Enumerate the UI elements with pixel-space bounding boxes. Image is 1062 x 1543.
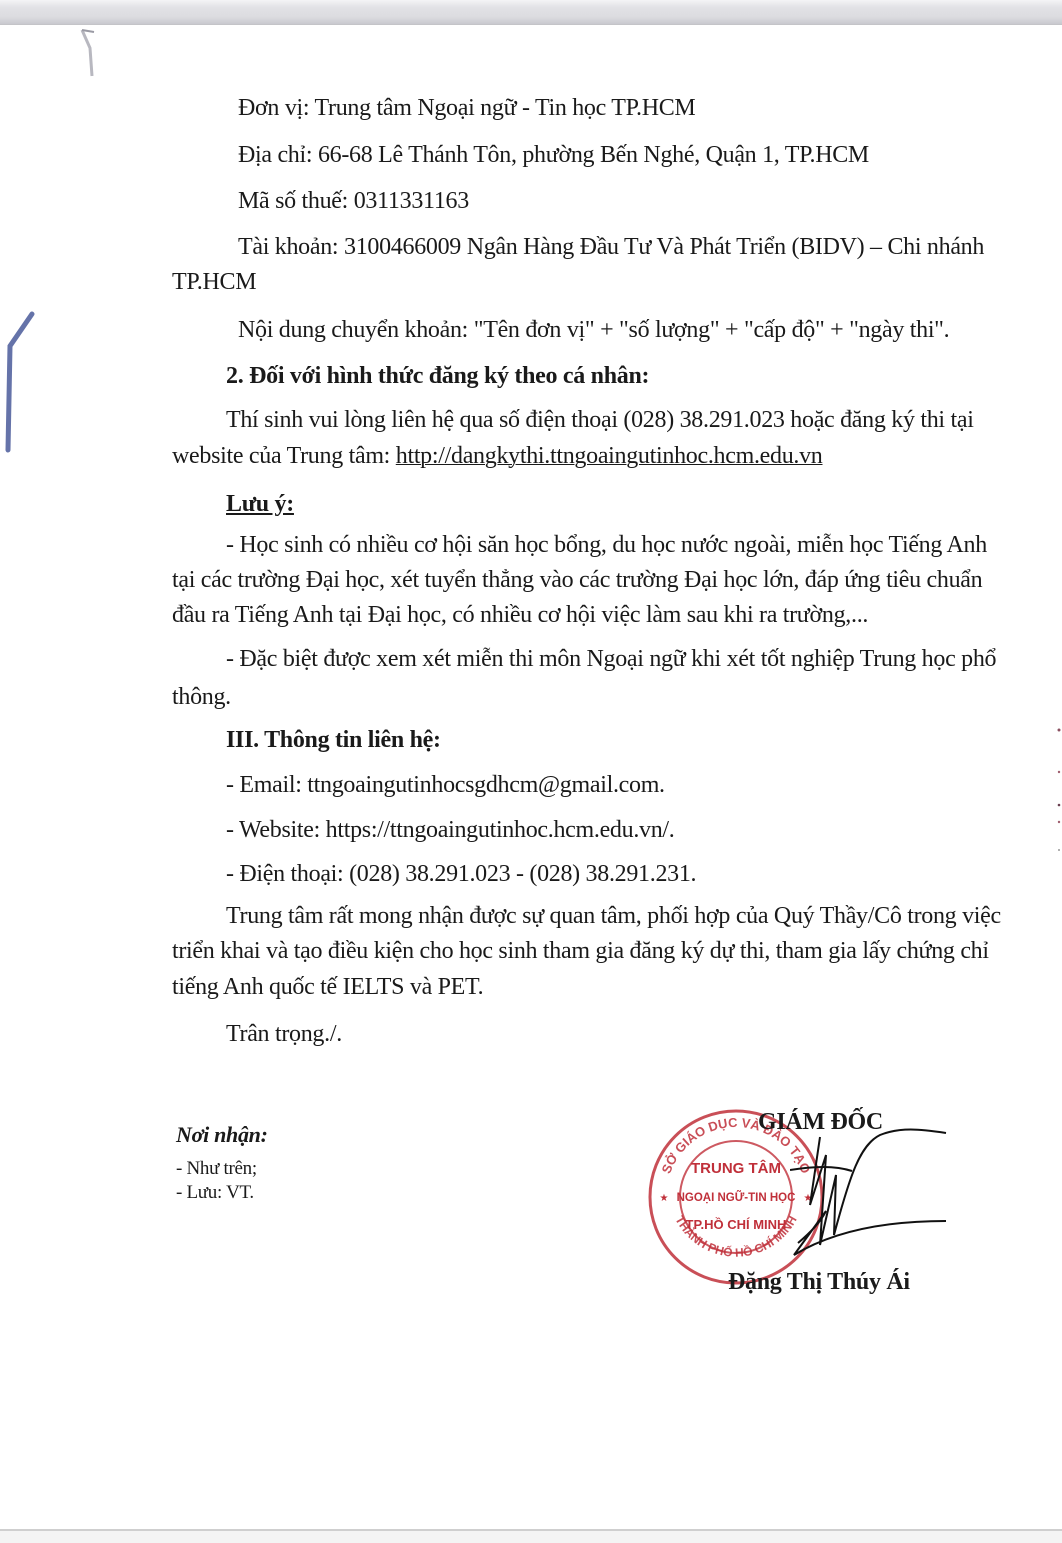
recipient-item: - Như trên; [176, 1158, 257, 1180]
registration-link[interactable]: http://dangkythi.ttngoaingutinhoc.hcm.ed… [396, 443, 823, 469]
note-bullet-1-line-1: - Học sinh có nhiều cơ hội săn học bổng,… [226, 531, 987, 559]
address-line: Địa chỉ: 66-68 Lê Thánh Tôn, phường Bến … [238, 141, 869, 169]
section-3-heading: III. Thông tin liên hệ: [226, 726, 441, 754]
contact-phone: - Điện thoại: (028) 38.291.023 - (028) 3… [226, 860, 696, 888]
recipient-item: - Lưu: VT. [176, 1182, 254, 1204]
account-line-1: Tài khoản: 3100466009 Ngân Hàng Đầu Tư V… [238, 233, 984, 261]
note-bullet-1-line-3: đầu ra Tiếng Anh tại Đại học, có nhiều c… [172, 601, 868, 629]
section-2-line-2: website của Trung tâm: http://dangkythi.… [172, 442, 823, 470]
note-bullet-2-line-2: thông. [172, 683, 231, 711]
unit-line: Đơn vị: Trung tâm Ngoại ngữ - Tin học TP… [238, 94, 695, 122]
closing-line-2: triển khai và tạo điều kiện cho học sinh… [172, 937, 989, 965]
transfer-content-line: Nội dung chuyển khoản: "Tên đơn vị" + "s… [238, 316, 949, 344]
stamp-center-line-3: TP.HỒ CHÍ MINH [686, 1217, 787, 1232]
account-line-2: TP.HCM [172, 268, 256, 296]
viewer-bottom-bar [0, 1529, 1062, 1543]
note-bullet-1-line-2: tại các trường Đại học, xét tuyển thẳng … [172, 566, 982, 594]
note-bullet-2-line-1: - Đặc biệt được xem xét miễn thi môn Ngo… [226, 645, 996, 673]
stamp-center-line-1: TRUNG TÂM [691, 1159, 781, 1177]
edge-specks [1054, 710, 1062, 890]
tax-code-line: Mã số thuế: 0311331163 [238, 187, 469, 215]
note-heading: Lưu ý: [226, 490, 294, 518]
section-2-prefix: website của Trung tâm: [172, 443, 396, 469]
paper-fold-mark [80, 28, 102, 78]
contact-website: - Website: https://ttngoaingutinhoc.hcm.… [226, 816, 675, 844]
section-2-line-1: Thí sinh vui lòng liên hệ qua số điện th… [226, 406, 974, 434]
regards-line: Trân trọng./. [226, 1020, 342, 1048]
signatory-name: Đặng Thị Thúy Ái [728, 1268, 910, 1296]
recipients-heading: Nơi nhận: [176, 1121, 268, 1149]
contact-email: - Email: ttngoaingutinhocsgdhcm@gmail.co… [226, 771, 665, 799]
svg-text:★: ★ [660, 1193, 669, 1204]
viewer-top-bar [0, 0, 1062, 25]
pen-mark [0, 310, 40, 460]
closing-line-1: Trung tâm rất mong nhận được sự quan tâm… [226, 902, 1001, 930]
section-2-heading: 2. Đối với hình thức đăng ký theo cá nhâ… [226, 362, 649, 390]
stamp-center-line-2: NGOẠI NGỮ-TIN HỌC [677, 1191, 796, 1204]
closing-line-3: tiếng Anh quốc tế IELTS và PET. [172, 973, 483, 1001]
